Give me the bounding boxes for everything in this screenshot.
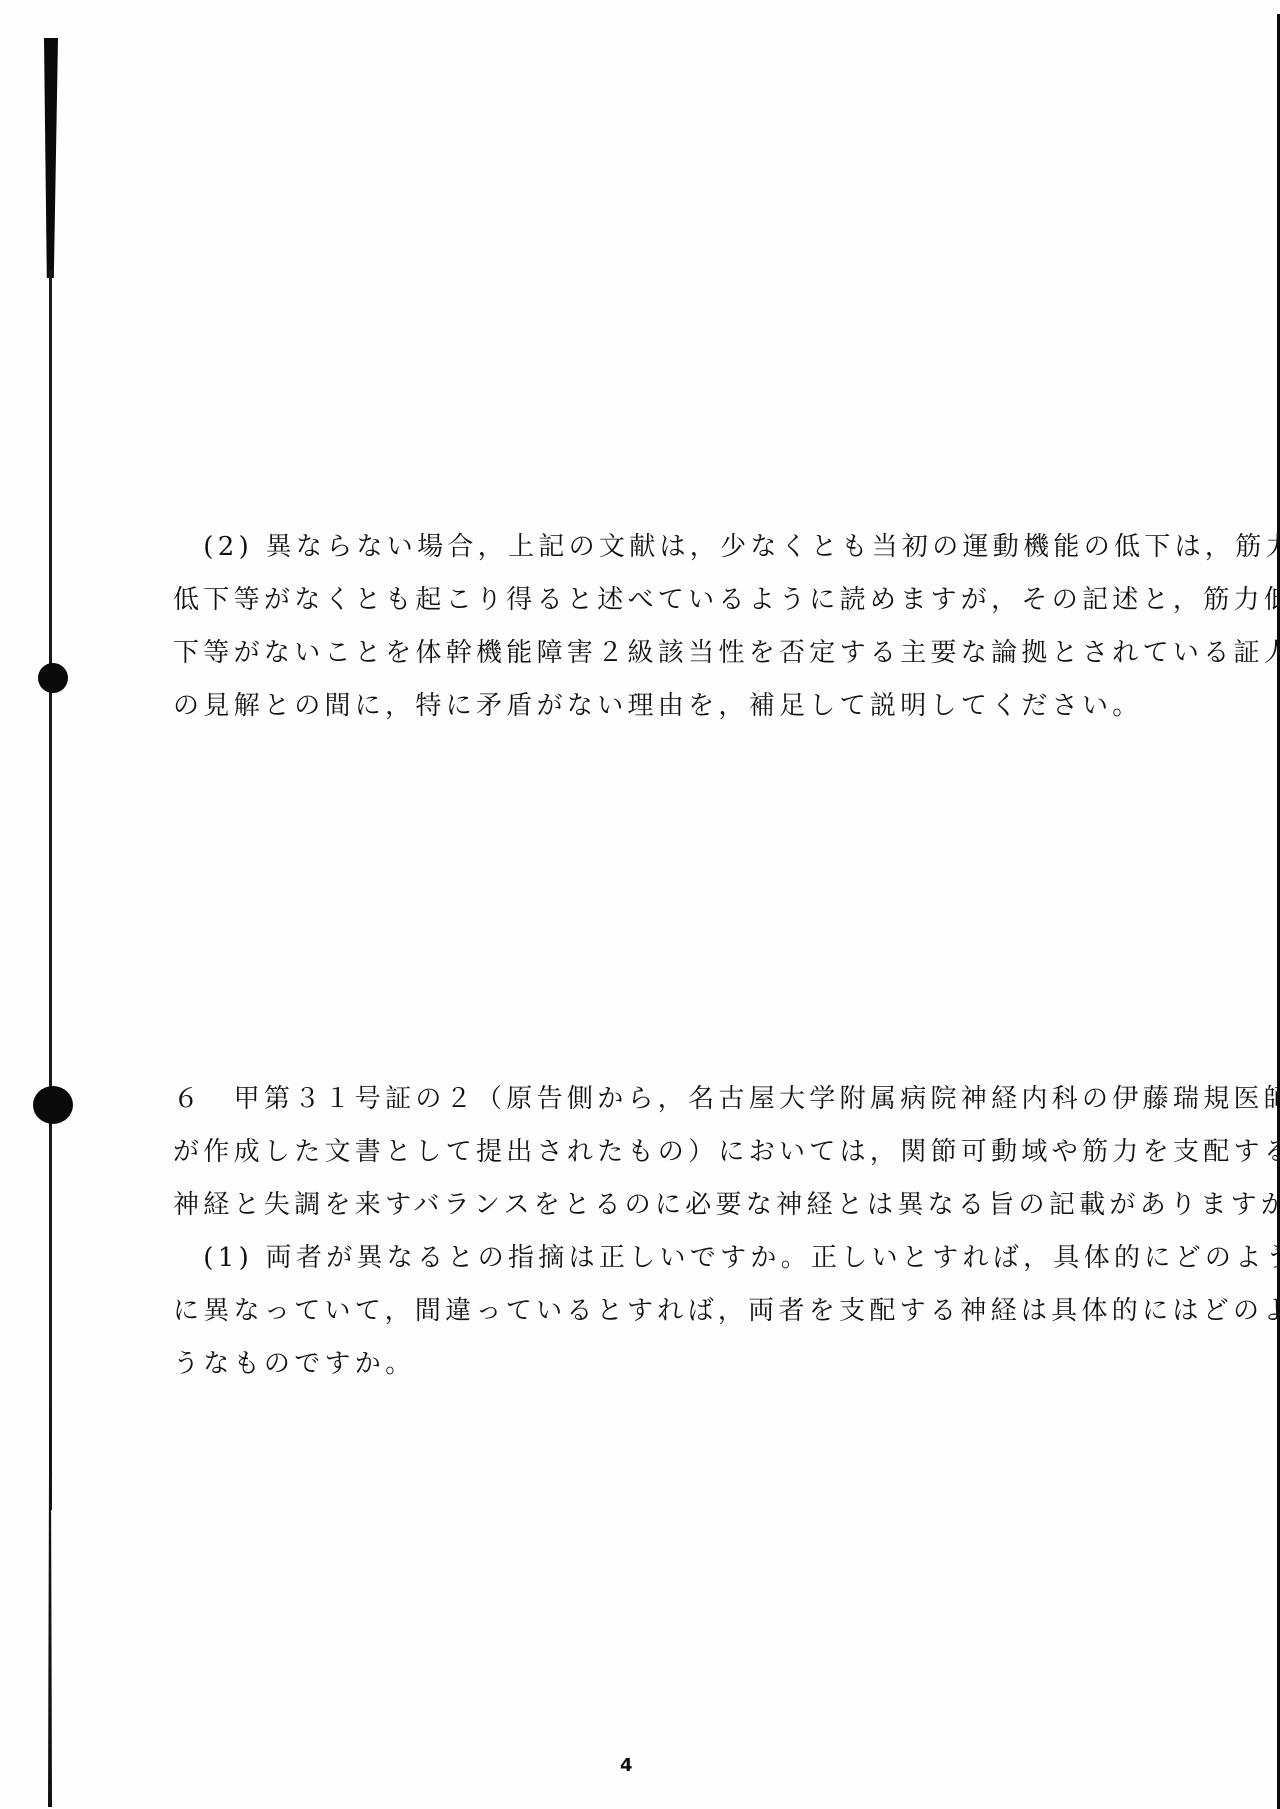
punch-hole-icon <box>33 1086 73 1124</box>
text-line: ６ 甲第３１号証の２（原告側から，名古屋大学附属病院神経内科の伊藤瑞規医師 <box>173 1073 1193 1126</box>
text-line: に異なっていて，間違っているとすれば，両者を支配する神経は具体的にはどのよ <box>173 1285 1193 1338</box>
text-line: 低下等がなくとも起こり得ると述べているように読めますが，その記述と，筋力低 <box>173 574 1193 627</box>
text-line: 下等がないことを体幹機能障害２級該当性を否定する主要な論拠とされている証人 <box>173 627 1193 680</box>
binding-edge-mark <box>44 38 58 278</box>
document-page: (2) 異ならない場合，上記の文献は，少なくとも当初の運動機能の低下は，筋力 低… <box>0 0 1280 1809</box>
text-line: の見解との間に，特に矛盾がない理由を，補足して説明してください。 <box>173 680 1193 733</box>
page-number: 4 <box>620 1755 633 1776</box>
text-line: (1) 両者が異なるとの指摘は正しいですか。正しいとすれば，具体的にどのよう <box>173 1232 1193 1285</box>
punch-hole-icon <box>38 663 68 693</box>
text-line: 神経と失調を来すバランスをとるのに必要な神経とは異なる旨の記載がありますが， <box>173 1179 1193 1232</box>
binding-line <box>49 270 52 1510</box>
question-6-paragraph: ６ 甲第３１号証の２（原告側から，名古屋大学附属病院神経内科の伊藤瑞規医師 が作… <box>173 1073 1193 1391</box>
text-line: うなものですか。 <box>173 1338 1193 1391</box>
question-5-2-paragraph: (2) 異ならない場合，上記の文献は，少なくとも当初の運動機能の低下は，筋力 低… <box>173 521 1193 733</box>
text-line: が作成した文書として提出されたもの）においては，関節可動域や筋力を支配する <box>173 1126 1193 1179</box>
text-line: (2) 異ならない場合，上記の文献は，少なくとも当初の運動機能の低下は，筋力 <box>173 521 1193 574</box>
